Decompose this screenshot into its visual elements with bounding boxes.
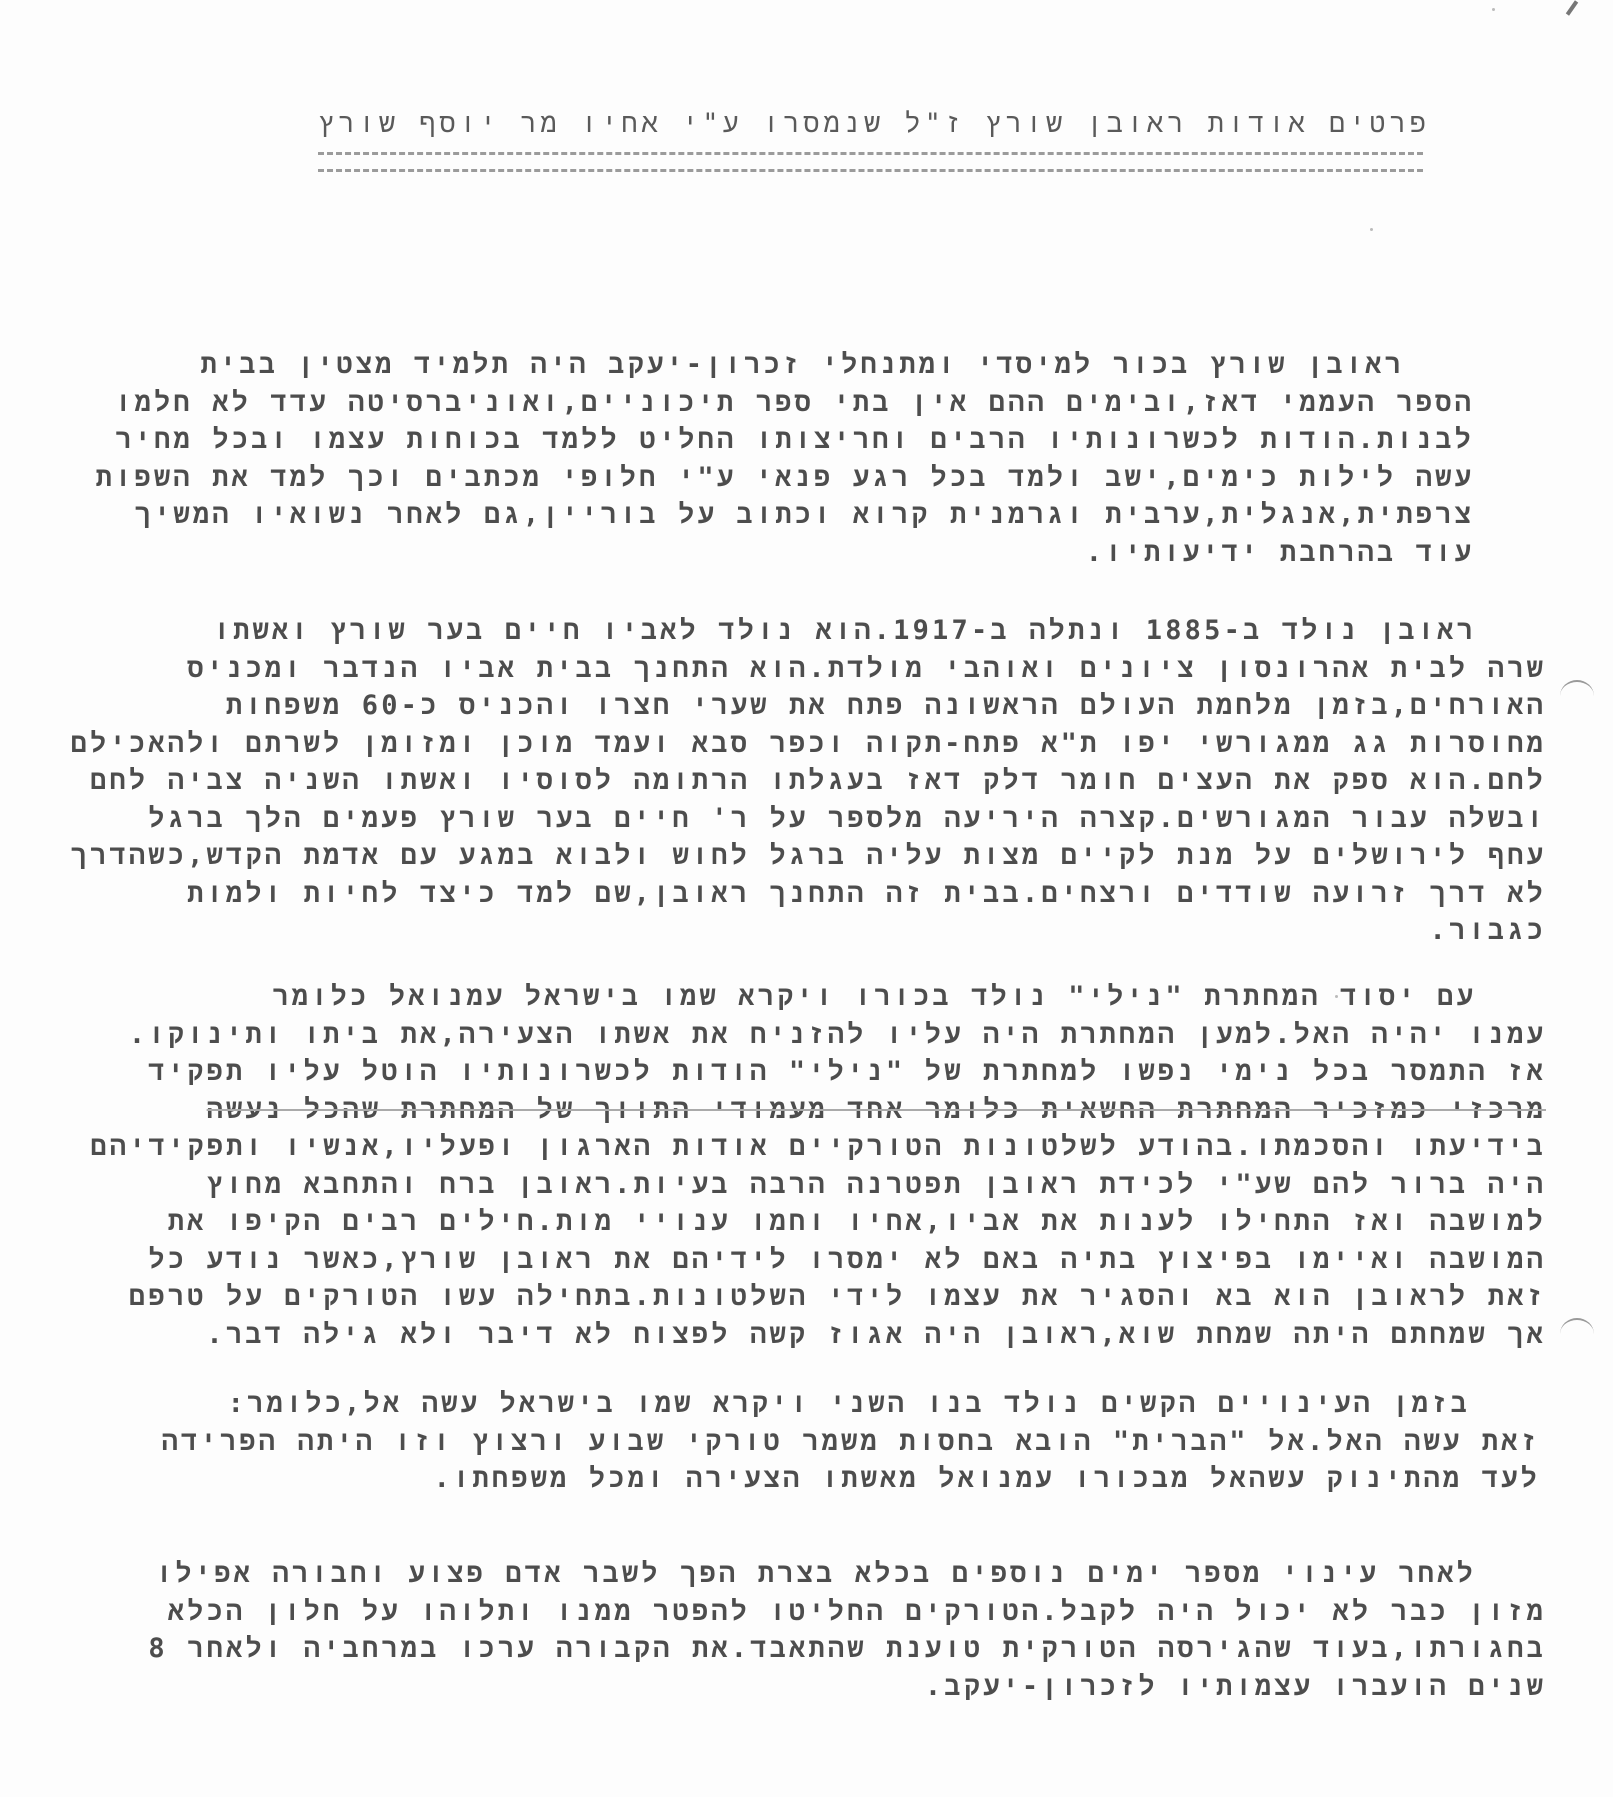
paragraph-line: לא דרך זרועה שודדים ורצחים.בבית זה התחנך… [6, 875, 1546, 913]
binder-hole-mark [1560, 680, 1594, 712]
title-underline [318, 152, 1423, 172]
paragraph-line: לעד מהתינוק עשהאל מבכורו עמנואל מאשתו הצ… [0, 1460, 1540, 1498]
paragraph-line: האורחים,בזמן מלחמת העולם הראשונה פתח את … [6, 687, 1546, 725]
paragraph-line: עשה לילות כימים,ישב ולמד בכל רגע פנאי ע"… [74, 459, 1474, 497]
paper-speck [1370, 228, 1373, 231]
paragraph-line: שנים הועברו עצמותיו לזכרון-יעקב. [6, 1668, 1546, 1706]
paragraph-line: לבנות.הודות לכשרונותיו הרבים וחריצותו הח… [74, 421, 1474, 459]
scanned-document-page: פרטים אודות ראובן שורץ ז"ל שנמסרו ע"י אח… [0, 0, 1613, 1797]
paragraph-line: למושבה ואז התחילו לענות את אביו,אחיו וחמ… [6, 1203, 1546, 1241]
paragraph-line: צרפתית,אנגלית,ערבית וגרמנית קרוא וכתוב ע… [74, 496, 1474, 534]
paragraph-line: ראובן נולד ב-1885 ונתלה ב-1917.הוא נולד … [6, 612, 1546, 650]
paragraph-line: הספר העממי דאז,ובימים ההם אין בתי ספר תי… [74, 384, 1474, 422]
paragraph-line: היה ברור להם שע"י לכידת ראובן תפטרנה הרב… [6, 1166, 1546, 1204]
document-title: פרטים אודות ראובן שורץ ז"ל שנמסרו ע"י אח… [310, 108, 1430, 141]
paragraph-line: עוד בהרחבת ידיעותיו. [74, 534, 1474, 572]
paragraph-line: עמנו יהיה האל.למען המחתרת היה עליו להזני… [6, 1016, 1546, 1054]
paragraph-line: זאת עשה האל.אל "הברית" הובא בחסות משמר ט… [0, 1423, 1540, 1461]
paragraph-line: זאת לראובן הוא בא והסגיר את עצמו לידי הש… [6, 1278, 1546, 1316]
paragraph-2: ראובן נולד ב-1885 ונתלה ב-1917.הוא נולד … [6, 612, 1546, 950]
paragraph-line: ראובן שורץ בכור למיסדי ומתנחלי זכרון-יעק… [74, 346, 1474, 384]
corner-pen-mark [1566, 0, 1578, 15]
paragraph-1: ראובן שורץ בכור למיסדי ומתנחלי זכרון-יעק… [74, 346, 1474, 571]
paragraph-line: בידיעתו והסכמתו.בהודע לשלטונות הטורקיים … [6, 1128, 1546, 1166]
paragraph-line: ובשלה עבור המגורשים.קצרה היריעה מלספר על… [6, 800, 1546, 838]
paragraph-line: אז התמסר בכל נימי נפשו למחתרת של "נילי" … [6, 1053, 1546, 1091]
paragraph-line: מזון כבר לא יכול היה לקבל.הטורקים החליטו… [6, 1593, 1546, 1631]
paragraph-line: מרכזי כמזכיר המחתרת החשאית כלומר אחד מעמ… [6, 1091, 1546, 1129]
paragraph-line: המושבה ואיימו בפיצוץ בתיה באם לא ימסרו ל… [6, 1241, 1546, 1279]
paragraph-line: עחף לירושלים על מנת לקיים מצות עליה ברגל… [6, 837, 1546, 875]
paragraph-4: בזמן העינויים הקשים נולד בנו השני ויקרא … [0, 1385, 1540, 1498]
paragraph-line: לאחר עינוי מספר ימים נוספים בכלא בצרת הפ… [6, 1555, 1546, 1593]
paragraph-line: לחם.הוא ספק את העצים חומר דלק דאז בעגלתו… [6, 762, 1546, 800]
binder-hole-mark [1560, 1318, 1594, 1350]
paragraph-line: מחוסרות גג ממגורשי יפו ת"א פתח-תקוה וכפר… [6, 725, 1546, 763]
paragraph-line: כגבור. [6, 912, 1546, 950]
paragraph-3: עם יסוד המחתרת "נילי" נולד בכורו ויקרא ש… [6, 978, 1546, 1353]
paragraph-5: לאחר עינוי מספר ימים נוספים בכלא בצרת הפ… [6, 1555, 1546, 1705]
paragraph-line: בחגורתו,בעוד שהגירסה הטורקית טוענת שהתאב… [6, 1630, 1546, 1668]
paragraph-line: שרה לבית אהרונסון ציונים ואוהבי מולדת.הו… [6, 650, 1546, 688]
paragraph-line: עם יסוד המחתרת "נילי" נולד בכורו ויקרא ש… [6, 978, 1546, 1016]
paper-speck [1492, 8, 1495, 11]
paragraph-line: בזמן העינויים הקשים נולד בנו השני ויקרא … [0, 1385, 1540, 1423]
paragraph-line: אך שמחתם היתה שמחת שוא,ראובן היה אגוז קש… [6, 1316, 1546, 1354]
